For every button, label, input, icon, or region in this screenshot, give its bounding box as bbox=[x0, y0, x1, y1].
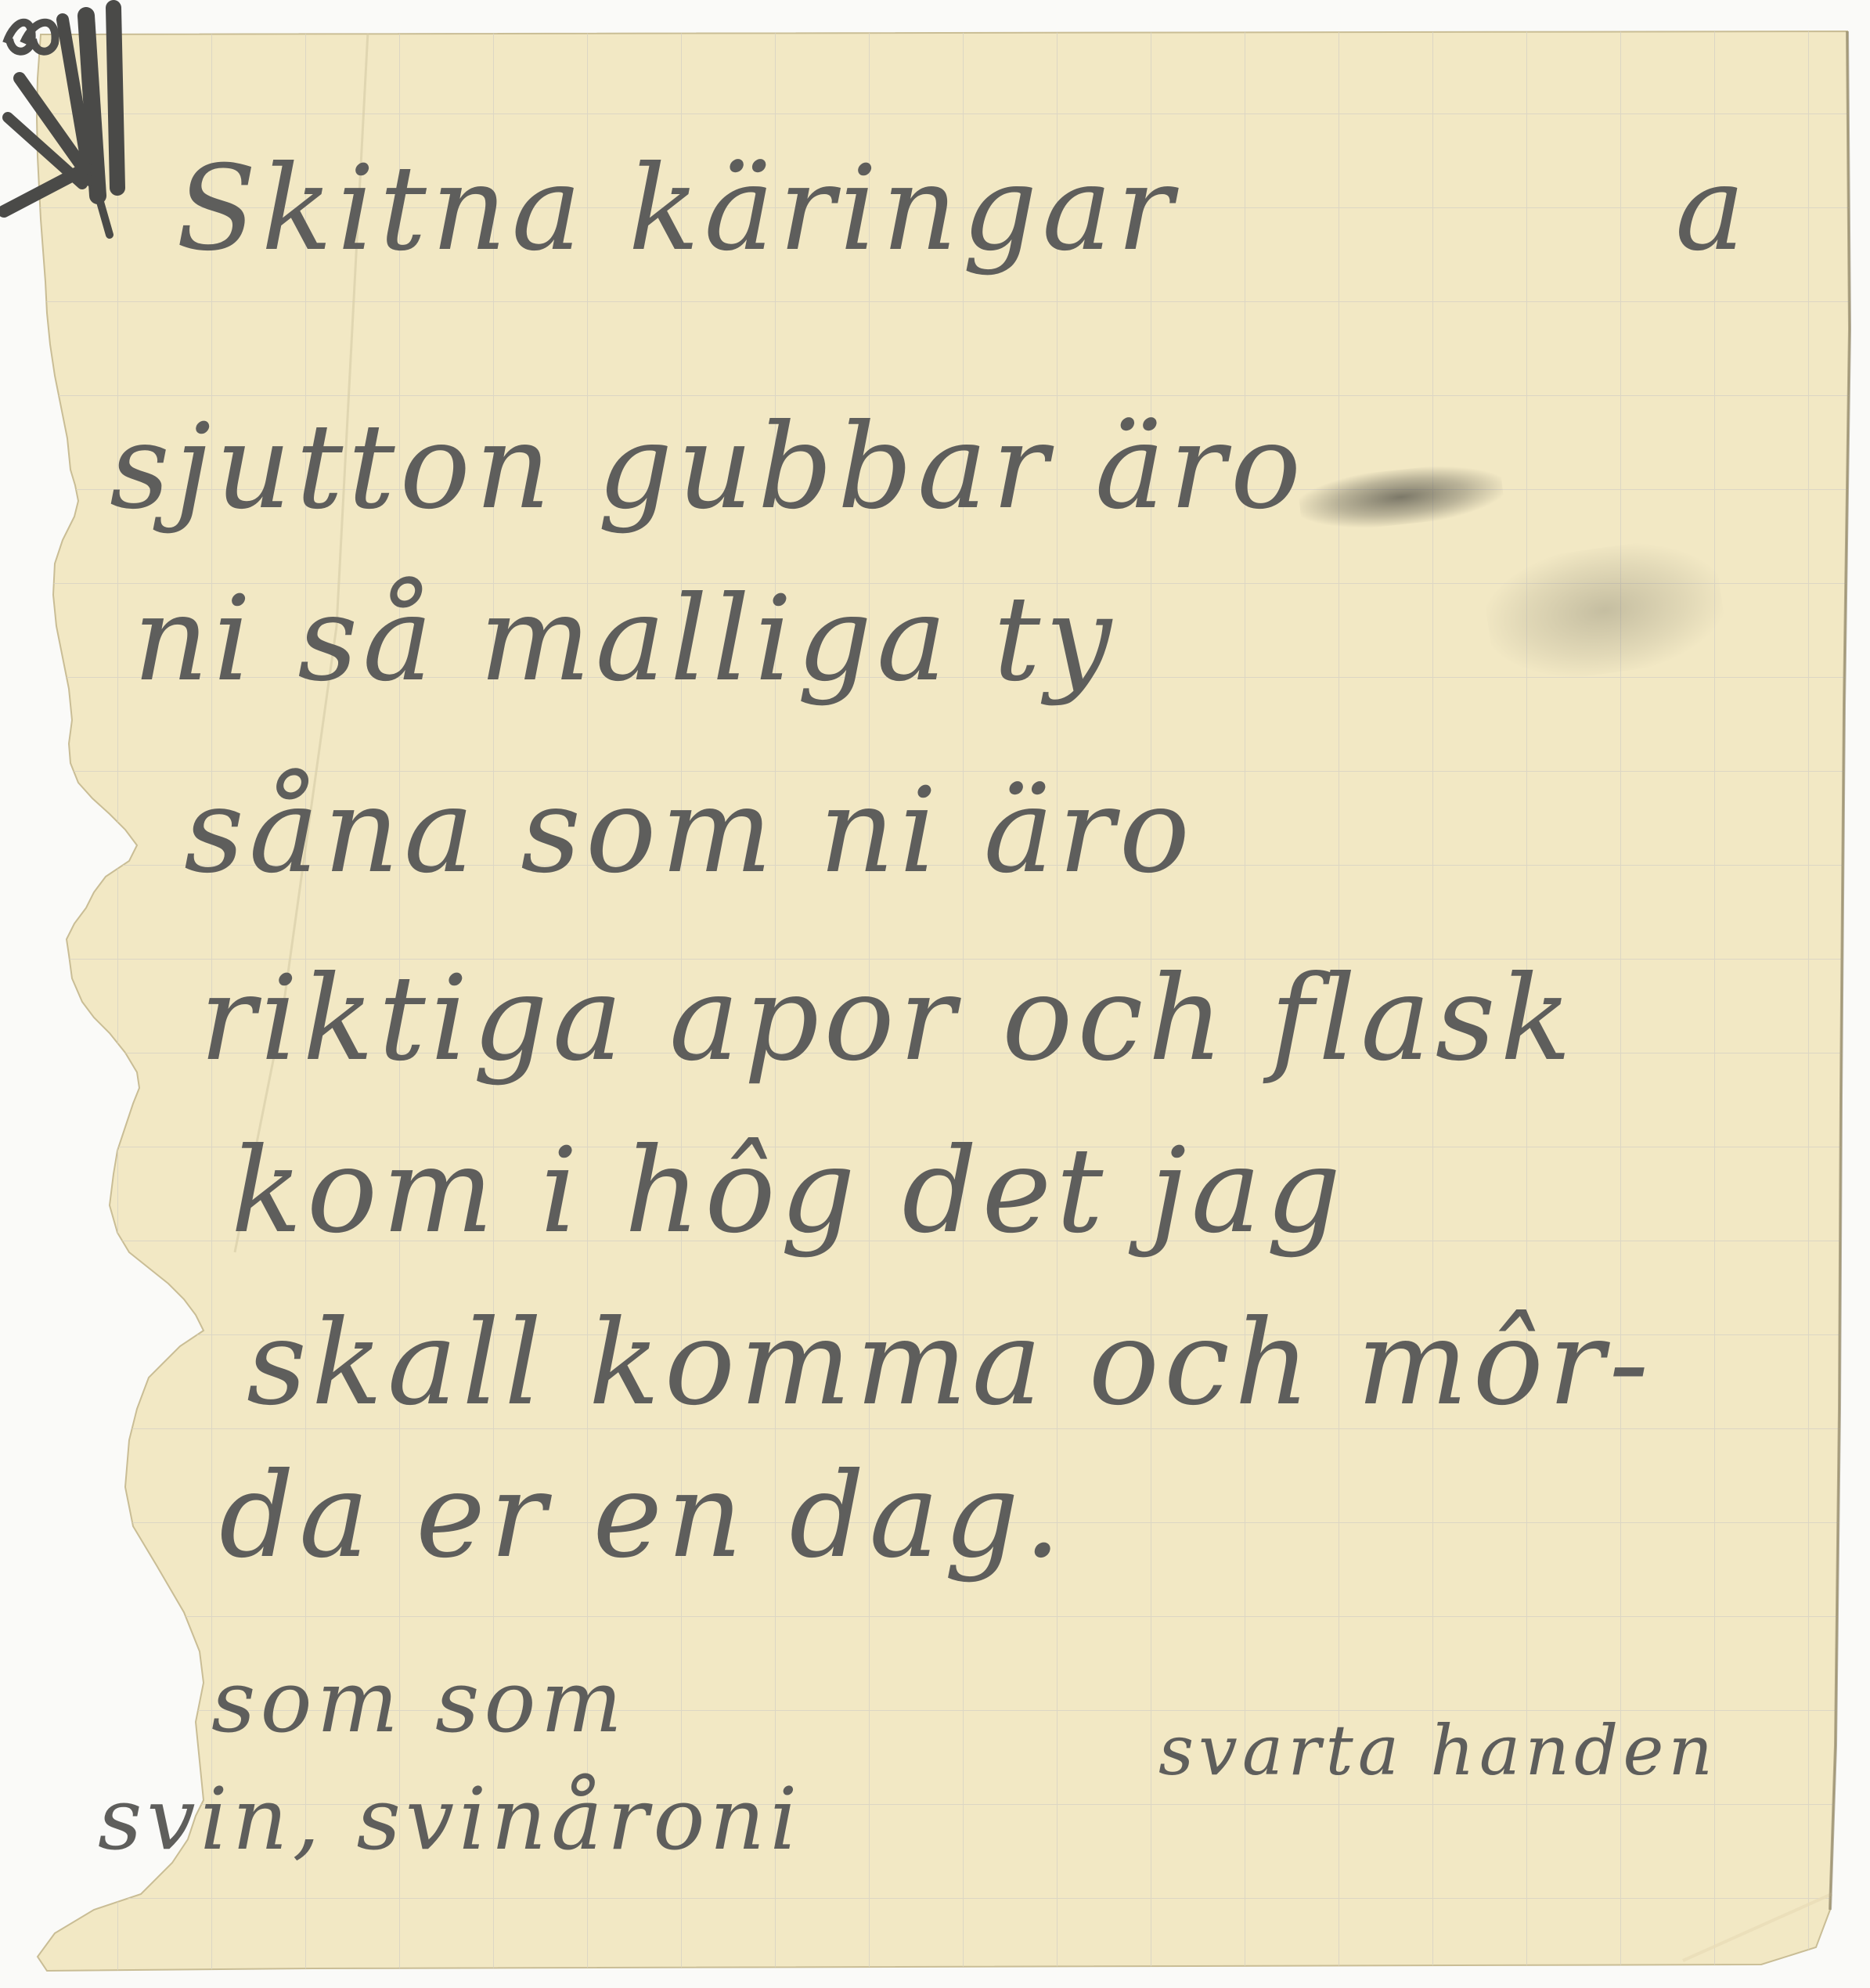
signature-text: svarta handen bbox=[1158, 1710, 1717, 1791]
paper-sheet: Skitna käringar a sjutton gubbar äro ni … bbox=[0, 0, 1870, 1988]
note-line-1-tail: a bbox=[1675, 141, 1749, 277]
note-line-1: Skitna käringar bbox=[176, 141, 1177, 277]
note-line-2: sjutton gubbar äro bbox=[110, 399, 1306, 535]
note-line-1-text: Skitna käringar bbox=[176, 141, 1177, 277]
note-line-4-text: såna som ni äro bbox=[184, 763, 1194, 899]
signature: svarta handen bbox=[1158, 1710, 1717, 1791]
note-line-6-text: kom i hôg det jag bbox=[231, 1123, 1346, 1259]
note-line-3: ni så malliga ty bbox=[133, 571, 1116, 708]
note-line-2-text: sjutton gubbar bbox=[110, 399, 1053, 535]
note-line-6: kom i hôg det jag bbox=[231, 1123, 1346, 1259]
note-line-2-struck-word: äro bbox=[1095, 399, 1306, 535]
note-line-8-text: da er en dag. bbox=[219, 1448, 1066, 1584]
footer-line-2-text: svin, svinåroni bbox=[98, 1769, 802, 1869]
note-line-5: riktiga apor och flask bbox=[200, 951, 1576, 1087]
black-hand-drawing-icon bbox=[0, 0, 141, 243]
note-line-7: skall komma och môr- bbox=[247, 1295, 1653, 1432]
footer-line-1-text: som som bbox=[211, 1651, 627, 1752]
note-line-7-text: skall komma och môr- bbox=[247, 1295, 1653, 1432]
footer-line-1: som som bbox=[211, 1651, 627, 1752]
footer-line-2: svin, svinåroni bbox=[98, 1769, 802, 1869]
note-line-4: såna som ni äro bbox=[184, 763, 1194, 899]
note-line-8: da er en dag. bbox=[219, 1448, 1066, 1584]
note-line-1-tail-text: a bbox=[1675, 141, 1749, 277]
note-line-5-text: riktiga apor och flask bbox=[200, 951, 1576, 1087]
note-line-3-text: ni så malliga ty bbox=[133, 571, 1116, 708]
